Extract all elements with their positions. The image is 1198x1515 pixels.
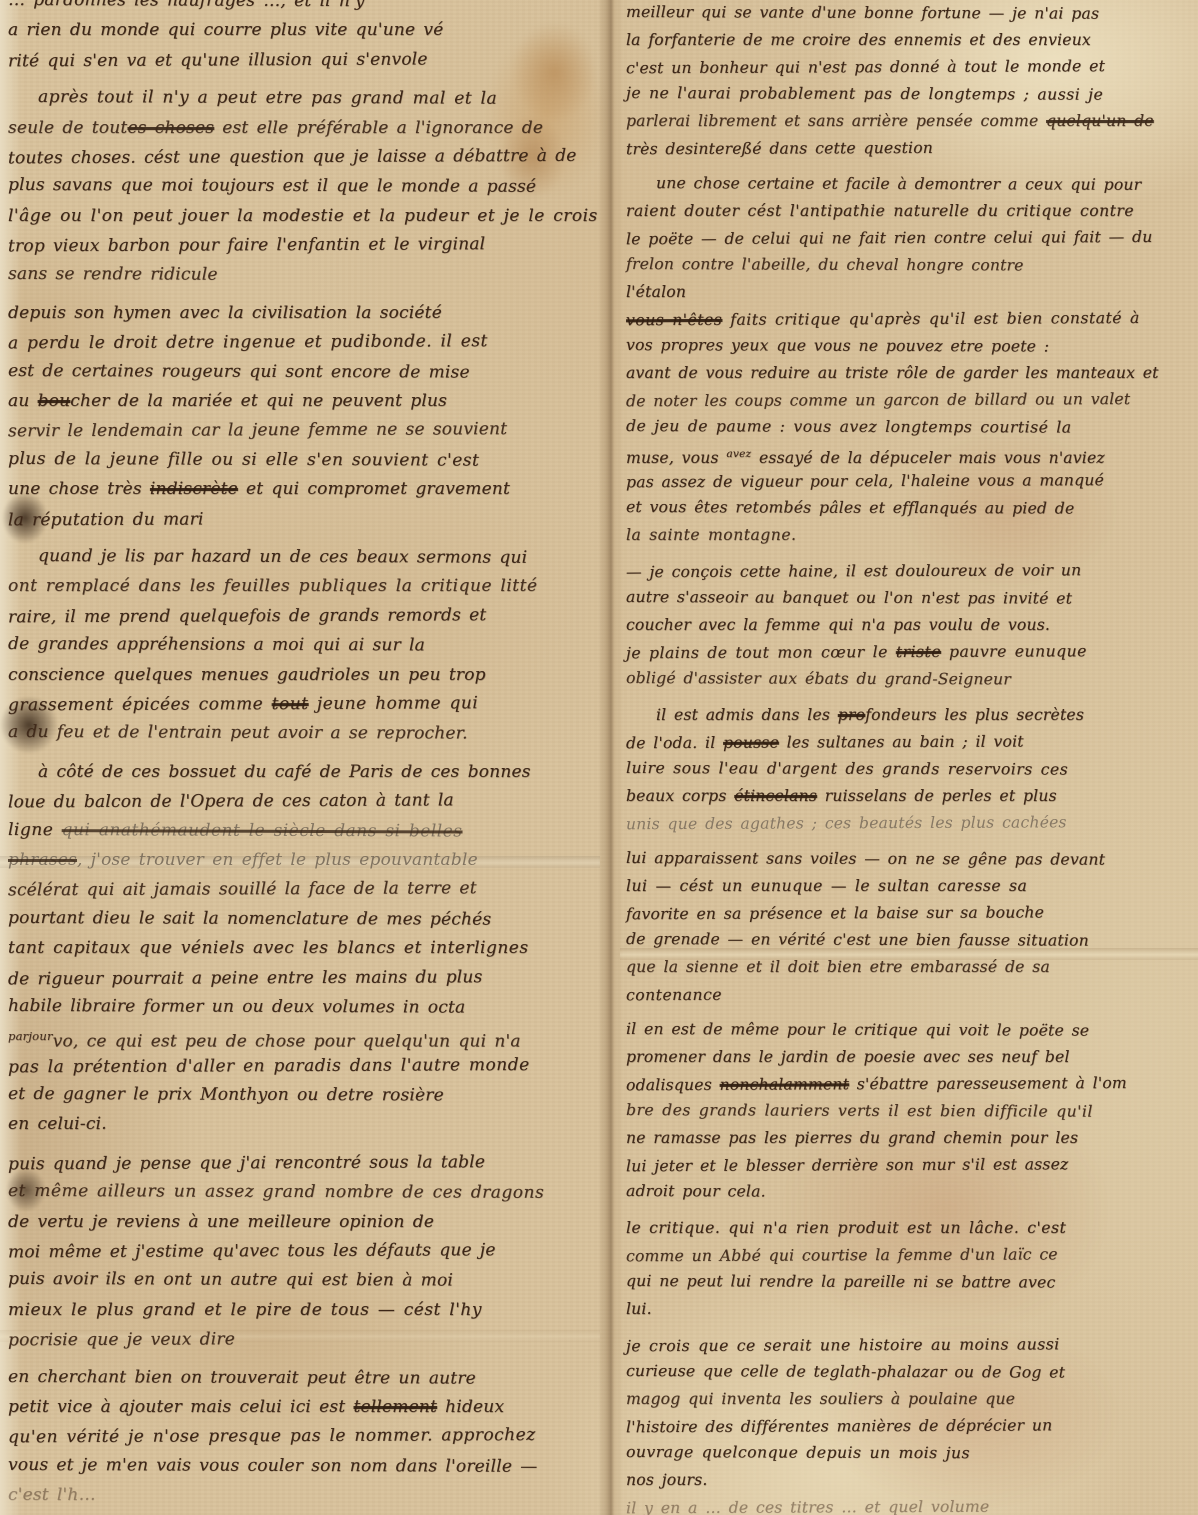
manuscript-line: loue du balcon de l'Opera de ces caton à…	[8, 786, 612, 818]
handwritten-text: tant capitaux que véniels avec les blanc…	[8, 938, 529, 958]
manuscript-line: depuis son hymen avec la civilisation la…	[8, 299, 612, 328]
manuscript-line: trop vieux barbon pour faire l'enfantin …	[8, 230, 612, 262]
manuscript-line: pas assez de vigueur pour cela, l'halein…	[626, 467, 1198, 496]
struck-word: es choses	[127, 118, 214, 138]
manuscript-line: de grenade — en vérité c'est une bien fa…	[626, 926, 1198, 955]
manuscript-line: je crois que ce serait une histoire au m…	[626, 1331, 1198, 1360]
manuscript-line: vous et je m'en vais vous couler son nom…	[8, 1451, 612, 1482]
manuscript-line: frelon contre l'abeille, du cheval hongr…	[626, 251, 1198, 280]
handwritten-text: nos jours.	[626, 1471, 708, 1489]
handwritten-text: ligne	[8, 819, 62, 839]
manuscript-line: de grandes appréhensions a moi qui ai su…	[8, 630, 612, 661]
handwritten-text: frelon contre l'abeille, du cheval hongr…	[626, 255, 1024, 274]
manuscript-line: promener dans le jardin de poesie avec s…	[626, 1044, 1198, 1071]
manuscript-line: beaux corps étincelans ruisselans de per…	[626, 783, 1198, 810]
handwritten-text: une chose très	[8, 479, 150, 499]
handwritten-text: la réputation du mari	[8, 509, 204, 530]
handwritten-text: l'âge ou l'on peut jouer la modestie et …	[8, 206, 598, 226]
manuscript-line: lui jeter et le blesser derrière son mur…	[626, 1151, 1198, 1180]
manuscript-line: grassement épicées comme tout jeune homm…	[8, 689, 612, 721]
handwritten-text: faits critique qu'après qu'il est bien c…	[722, 309, 1140, 329]
handwritten-text: lui — cést un eunuque — le sultan caress…	[626, 877, 1027, 895]
handwritten-text: vos propres yeux que vous ne pouvez etre…	[626, 336, 1049, 355]
handwritten-text: il y en a … de ces titres … et quel volu…	[626, 1498, 989, 1515]
manuscript-line: bre des grands lauriers verts il est bie…	[626, 1097, 1198, 1126]
handwritten-text: , j'ose trouver en effet le plus epouvan…	[77, 850, 478, 870]
handwritten-text: puis avoir ils en ont un autre qui est b…	[8, 1269, 453, 1291]
handwritten-text: toutes choses. cést une question que je …	[8, 146, 577, 168]
manuscript-line: l'âge ou l'on peut jouer la modestie et …	[8, 202, 612, 231]
manuscript-line: coucher avec la femme qui n'a pas voulu …	[626, 612, 1198, 639]
handwritten-text: cher de la mariée et qui ne peuvent plus	[70, 391, 447, 411]
manuscript-line: pocrisie que je veux dire	[8, 1324, 612, 1356]
handwritten-text: moi même et j'estime qu'avec tous les dé…	[8, 1240, 496, 1262]
handwritten-text: fondeurs les plus secrètes	[865, 706, 1084, 724]
manuscript-line: vos propres yeux que vous ne pouvez etre…	[626, 332, 1198, 361]
handwritten-text: je crois que ce serait une histoire au m…	[626, 1335, 1060, 1355]
handwritten-text: lui apparaissent sans voiles — on ne se …	[626, 849, 1105, 869]
handwritten-text: grassement épicées comme	[8, 694, 272, 715]
struck-word: vous n'êtes	[626, 311, 722, 329]
handwritten-text: la forfanterie de me croire des ennemis …	[626, 31, 1091, 49]
handwritten-text: ne ramasse pas les pierres du grand chem…	[626, 1129, 1078, 1147]
struck-word: qui anathémaudent le siècle dans si bell…	[62, 820, 463, 841]
manuscript-line: et de gagner le prix Monthyon ou detre r…	[8, 1080, 612, 1111]
manuscript-line: puis avoir ils en ont un autre qui est b…	[8, 1265, 612, 1296]
manuscript-line: puis quand je pense que j'ai rencontré s…	[8, 1148, 612, 1180]
handwritten-text: plus de la jeune fille ou si elle s'en s…	[8, 449, 479, 471]
manuscript-line: ont remplacé dans les feuilles publiques…	[8, 572, 612, 601]
handwritten-text: le poëte — de celui qui ne fait rien con…	[626, 228, 1153, 248]
handwritten-text: servir le lendemain car la jeune femme n…	[8, 420, 507, 442]
manuscript-line: scélérat qui ait jamais souillé la face …	[8, 874, 612, 906]
manuscript-line: au boucher de la mariée et qui ne peuven…	[8, 387, 612, 416]
handwritten-text: l'étalon	[626, 283, 686, 301]
manuscript-line: magog qui inventa les souliers à poulain…	[626, 1386, 1198, 1413]
handwritten-text: lui.	[626, 1300, 652, 1318]
handwritten-text: qu'en vérité je n'ose presque pas le nom…	[8, 1425, 536, 1447]
manuscript-line: lui — cést un eunuque — le sultan caress…	[626, 873, 1198, 900]
manuscript-line: a rien du monde qui courre plus vite qu'…	[8, 16, 612, 45]
manuscript-line: autre s'asseoir au banquet ou l'on n'est…	[626, 584, 1198, 613]
manuscript-line: c'est l'h…	[8, 1481, 612, 1510]
handwritten-text: de grandes appréhensions a moi qui ai su…	[8, 634, 425, 655]
handwritten-text: au	[8, 391, 38, 411]
handwritten-text: à côté de ces bossuet du café de Paris d…	[38, 762, 531, 782]
handwritten-text: contenance	[626, 986, 722, 1004]
manuscript-line: ligne qui anathémaudent le siècle dans s…	[8, 815, 612, 846]
manuscript-line: qu'en vérité je n'ose presque pas le nom…	[8, 1421, 612, 1453]
handwritten-text: seule de tout	[8, 118, 127, 138]
handwritten-text: essayé de la dépuceler mais vous n'aviez	[751, 449, 1105, 467]
handwritten-text: et même ailleurs un assez grand nombre d…	[8, 1181, 544, 1203]
handwritten-text: de l'oda. il	[626, 734, 723, 752]
handwritten-text: … pardonnés les naufragés …, et il n'y	[8, 0, 365, 11]
manuscript-line: la sainte montagne.	[626, 522, 1198, 549]
handwritten-text: depuis son hymen avec la civilisation la…	[8, 303, 442, 323]
manuscript-line: plus de la jeune fille ou si elle s'en s…	[8, 445, 612, 476]
handwritten-text: et qui compromet gravement	[238, 479, 510, 499]
manuscript-line: après tout il n'y a peut etre pas grand …	[8, 83, 612, 114]
manuscript-line: je ne l'aurai probablement pas de longte…	[626, 80, 1198, 109]
manuscript-line: la réputation du mari	[8, 503, 612, 535]
struck-word: triste	[896, 643, 941, 661]
manuscript-line: je plains de tout mon cœur le triste pau…	[626, 638, 1198, 667]
manuscript-line: servir le lendemain car la jeune femme n…	[8, 415, 612, 447]
manuscript-line: odalisques nonchalamment s'ébattre pares…	[626, 1070, 1198, 1099]
struck-word: indiscrète	[150, 479, 238, 499]
struck-word: bou	[38, 391, 71, 411]
handwritten-text: raire, il me prend quelquefois de grands…	[8, 605, 486, 627]
manuscript-line: le critique. qui n'a rien produit est un…	[626, 1215, 1198, 1242]
handwritten-text: plus savans que moi toujours est il que …	[8, 175, 536, 197]
handwritten-text: qui ne peut lui rendre la pareille ni se…	[626, 1272, 1056, 1291]
manuscript-line: de l'oda. il pousse les sultanes au bain…	[626, 728, 1198, 757]
handwritten-text: quand je lis par hazard un de ces beaux …	[38, 546, 527, 568]
handwritten-text: mieux le plus grand et le pire de tous —…	[8, 1300, 482, 1320]
manuscript-line: la forfanterie de me croire des ennemis …	[626, 27, 1198, 54]
manuscript-line: a du feu et de l'entrain peut avoir a se…	[8, 718, 612, 749]
handwritten-text: adroit pour cela.	[626, 1182, 766, 1200]
manuscript-line: raient douter cést l'antipathie naturell…	[626, 198, 1198, 225]
struck-word: pousse	[723, 734, 779, 752]
handwritten-text: pocrisie que je veux dire	[8, 1330, 235, 1351]
handwritten-text: de rigueur pourrait a peine entre les ma…	[8, 967, 483, 989]
manuscript-line: obligé d'assister aux ébats du grand-Sei…	[626, 665, 1198, 694]
manuscript-line: muse, vous avez essayé de la dépuceler m…	[626, 441, 1198, 468]
struck-word: quelqu'un de	[1046, 112, 1154, 130]
handwritten-text: parjour	[8, 1029, 53, 1043]
handwritten-text: en cherchant bien on trouverait peut êtr…	[8, 1367, 476, 1389]
handwritten-text: s'ébattre paresseusement à l'om	[849, 1074, 1127, 1093]
manuscript-scan: … pardonnés les naufragés …, et il n'ya …	[0, 0, 1198, 1515]
struck-word: tellement	[353, 1397, 437, 1417]
handwritten-text: vo, ce qui est peu de chose pour quelqu'…	[53, 1032, 521, 1052]
manuscript-line: phrases, j'ose trouver en effet le plus …	[8, 846, 612, 875]
handwritten-text: lui jeter et le blesser derrière son mur…	[626, 1155, 1069, 1175]
handwritten-text: promener dans le jardin de poesie avec s…	[626, 1048, 1070, 1066]
manuscript-line: moi même et j'estime qu'avec tous les dé…	[8, 1236, 612, 1268]
handwritten-text: coucher avec la femme qui n'a pas voulu …	[626, 616, 1050, 634]
manuscript-line: il est admis dans les profondeurs les pl…	[626, 702, 1198, 729]
handwritten-text: puis quand je pense que j'ai rencontré s…	[8, 1152, 485, 1174]
manuscript-line: il y en a … de ces titres … et quel volu…	[626, 1493, 1198, 1515]
handwritten-text: raient douter cést l'antipathie naturell…	[626, 202, 1134, 220]
manuscript-line: adroit pour cela.	[626, 1178, 1198, 1207]
manuscript-line: de vertu je reviens à une meilleure opin…	[8, 1208, 612, 1237]
handwritten-text: habile libraire former un ou deux volume…	[8, 996, 465, 1018]
manuscript-page-left: … pardonnés les naufragés …, et il n'ya …	[0, 0, 612, 1515]
manuscript-line: raire, il me prend quelquefois de grands…	[8, 600, 612, 632]
handwritten-text: et vous êtes retombés pâles et efflanqué…	[626, 498, 1074, 518]
manuscript-line: il en est de même pour le critique qui v…	[626, 1016, 1198, 1045]
manuscript-line: parlerai librement et sans arrière pensé…	[626, 108, 1198, 135]
manuscript-page-right: meilleur qui se vante d'une bonne fortun…	[620, 0, 1198, 1515]
manuscript-line: très desintereßé dans cette question	[626, 134, 1198, 163]
manuscript-line: en cherchant bien on trouverait peut êtr…	[8, 1363, 612, 1394]
manuscript-line: avant de vous reduire au triste rôle de …	[626, 360, 1198, 387]
manuscript-line: pas la prétention d'aller en paradis dan…	[8, 1050, 612, 1082]
handwritten-text: en celui-ci.	[8, 1114, 107, 1134]
manuscript-line: ne ramasse pas les pierres du grand chem…	[626, 1125, 1198, 1152]
handwritten-text: il est admis dans les	[656, 706, 838, 724]
handwritten-text: parlerai librement et sans arrière pensé…	[626, 112, 1046, 130]
handwritten-text: ouvrage quelconque depuis un mois jus	[626, 1443, 970, 1462]
handwritten-text: obligé d'assister aux ébats du grand-Sei…	[626, 669, 1011, 688]
handwritten-text: odalisques	[626, 1076, 720, 1094]
manuscript-line: — je conçois cette haine, il est doulour…	[626, 557, 1198, 586]
handwritten-text: ont remplacé dans les feuilles publiques…	[8, 576, 538, 596]
manuscript-line: toutes choses. cést une question que je …	[8, 142, 612, 174]
handwritten-text: pourtant dieu le sait la nomenclature de…	[8, 908, 491, 930]
handwritten-text: magog qui inventa les souliers à poulain…	[626, 1390, 1015, 1408]
struck-word: nonchalamment	[720, 1075, 850, 1094]
manuscript-line: plus savans que moi toujours est il que …	[8, 171, 612, 202]
handwritten-text: une chose certaine et facile à demontrer…	[656, 174, 1141, 194]
handwritten-text: conscience quelques menues gaudrioles un…	[8, 665, 486, 685]
manuscript-line: favorite en sa présence et la baise sur …	[626, 899, 1198, 928]
handwritten-text: de vertu je reviens à une meilleure opin…	[8, 1212, 434, 1232]
handwritten-text: sans se rendre ridicule	[8, 263, 218, 284]
manuscript-line: luire sous l'eau d'argent des grands res…	[626, 755, 1198, 784]
handwritten-text: la sainte montagne.	[626, 526, 797, 544]
manuscript-line: contenance	[626, 980, 1198, 1009]
handwritten-text: de grenade — en vérité c'est une bien fa…	[626, 930, 1089, 950]
handwritten-text: après tout il n'y a peut etre pas grand …	[38, 87, 497, 109]
manuscript-line: lui apparaissent sans voiles — on ne se …	[626, 845, 1198, 874]
handwritten-text: je ne l'aurai probablement pas de longte…	[626, 84, 1103, 104]
manuscript-line: de rigueur pourrait a peine entre les ma…	[8, 962, 612, 994]
manuscript-line: l'histoire des différentes manières de d…	[626, 1412, 1198, 1441]
handwritten-text: loue du balcon de l'Opera de ces caton à…	[8, 791, 454, 813]
struck-word: tout	[272, 694, 309, 714]
handwritten-text: c'est l'h…	[8, 1485, 96, 1505]
manuscript-line: curieuse que celle de teglath-phalazar o…	[626, 1358, 1198, 1387]
manuscript-line: une chose certaine et facile à demontrer…	[626, 170, 1198, 199]
manuscript-line: … pardonnés les naufragés …, et il n'y	[8, 0, 612, 17]
handwritten-text: muse, vous	[626, 449, 726, 467]
handwritten-text: pas la prétention d'aller en paradis dan…	[8, 1055, 530, 1077]
handwritten-text: luire sous l'eau d'argent des grands res…	[626, 759, 1068, 779]
handwritten-text: rité qui s'en va et qu'une illusion qui …	[8, 49, 428, 71]
manuscript-line: qui ne peut lui rendre la pareille ni se…	[626, 1268, 1198, 1297]
manuscript-line: lui.	[626, 1296, 1198, 1323]
manuscript-line: ouvrage quelconque depuis un mois jus	[626, 1439, 1198, 1468]
handwritten-text: a rien du monde qui courre plus vite qu'…	[8, 20, 443, 40]
handwritten-text: l'histoire des différentes manières de d…	[626, 1416, 1052, 1436]
handwritten-text: a perdu le droit detre ingenue et pudibo…	[8, 332, 488, 354]
handwritten-text: scélérat qui ait jamais souillé la face …	[8, 879, 477, 901]
manuscript-line: et vous êtes retombés pâles et efflanqué…	[626, 494, 1198, 523]
manuscript-line: et même ailleurs un assez grand nombre d…	[8, 1177, 612, 1208]
manuscript-line: parjourvo, ce qui est peu de chose pour …	[8, 1022, 612, 1051]
manuscript-line: petit vice à ajouter mais celui ici est …	[8, 1393, 612, 1422]
handwritten-text: — je conçois cette haine, il est doulour…	[626, 561, 1081, 581]
handwritten-text: pas assez de vigueur pour cela, l'halein…	[626, 471, 1104, 491]
handwritten-text: beaux corps	[626, 787, 734, 805]
manuscript-line: vous n'êtes faits critique qu'après qu'i…	[626, 305, 1198, 334]
manuscript-line: habile libraire former un ou deux volume…	[8, 992, 612, 1023]
handwritten-text: les sultanes au bain ; il voit	[779, 733, 1024, 752]
manuscript-line: rité qui s'en va et qu'une illusion qui …	[8, 44, 612, 76]
handwritten-text: est elle préférable a l'ignorance de	[214, 118, 543, 138]
handwritten-text: vous et je m'en vais vous couler son nom…	[8, 1455, 538, 1477]
handwritten-text: et de gagner le prix Monthyon ou detre r…	[8, 1084, 444, 1106]
handwritten-text: hideux	[437, 1397, 504, 1417]
handwritten-text: avez	[726, 448, 751, 460]
manuscript-line: de jeu de paume : vous avez longtemps co…	[626, 413, 1198, 442]
manuscript-line: mieux le plus grand et le pire de tous —…	[8, 1296, 612, 1325]
handwritten-text: favorite en sa présence et la baise sur …	[626, 903, 1044, 923]
handwritten-text: autre s'asseoir au banquet ou l'on n'est…	[626, 588, 1072, 608]
manuscript-line: seule de toutes choses est elle préférab…	[8, 114, 612, 143]
manuscript-line: comme un Abbé qui courtise la femme d'un…	[626, 1241, 1198, 1270]
handwritten-text: a du feu et de l'entrain peut avoir a se…	[8, 722, 468, 744]
handwritten-text: curieuse que celle de teglath-phalazar o…	[626, 1362, 1065, 1382]
handwritten-text: jeune homme qui	[308, 693, 478, 714]
manuscript-line: meilleur qui se vante d'une bonne fortun…	[626, 0, 1198, 28]
manuscript-line: l'étalon	[626, 279, 1198, 306]
handwritten-text: petit vice à ajouter mais celui ici est	[8, 1397, 353, 1417]
handwritten-text: avant de vous reduire au triste rôle de …	[626, 364, 1159, 382]
manuscript-line: unis que des agathes ; ces beautés les p…	[626, 809, 1198, 838]
handwritten-text: unis que des agathes ; ces beautés les p…	[626, 813, 1067, 833]
manuscript-line: nos jours.	[626, 1467, 1198, 1494]
handwritten-text: pauvre eunuque	[941, 642, 1087, 661]
manuscript-line: conscience quelques menues gaudrioles un…	[8, 661, 612, 690]
handwritten-text: je plains de tout mon cœur le	[626, 643, 896, 662]
handwritten-text: comme un Abbé qui courtise la femme d'un…	[626, 1245, 1058, 1265]
manuscript-line: est de certaines rougeurs qui sont encor…	[8, 357, 612, 388]
handwritten-text: il en est de même pour le critique qui v…	[626, 1020, 1089, 1040]
handwritten-text: très desintereßé dans cette question	[626, 139, 933, 158]
manuscript-line: pourtant dieu le sait la nomenclature de…	[8, 904, 612, 935]
handwritten-text: trop vieux barbon pour faire l'enfantin …	[8, 234, 485, 256]
handwritten-text: de jeu de paume : vous avez longtemps co…	[626, 417, 1072, 437]
manuscript-line: sans se rendre ridicule	[8, 259, 612, 290]
manuscript-line: c'est un bonheur qui n'est pas donné à t…	[626, 53, 1198, 82]
manuscript-line: une chose très indiscrète et qui comprom…	[8, 475, 612, 504]
handwritten-text: c'est un bonheur qui n'est pas donné à t…	[626, 57, 1105, 77]
manuscript-line: a perdu le droit detre ingenue et pudibo…	[8, 327, 612, 359]
struck-word: étincelans	[734, 787, 817, 805]
manuscript-line: en celui-ci.	[8, 1110, 612, 1139]
handwritten-text: de noter les coups comme un garcon de bi…	[626, 390, 1130, 410]
handwritten-text: est de certaines rougeurs qui sont encor…	[8, 361, 470, 383]
manuscript-line: à côté de ces bossuet du café de Paris d…	[8, 758, 612, 787]
struck-word: phrases	[8, 850, 77, 870]
manuscript-line: de noter les coups comme un garcon de bi…	[626, 386, 1198, 415]
manuscript-line: que la sienne et il doit bien etre embar…	[626, 954, 1198, 981]
handwritten-text: le critique. qui n'a rien produit est un…	[626, 1219, 1066, 1237]
struck-word: pro	[838, 706, 865, 724]
manuscript-line: tant capitaux que véniels avec les blanc…	[8, 934, 612, 963]
handwritten-text: que la sienne et il doit bien etre embar…	[626, 958, 1050, 976]
handwritten-text: bre des grands lauriers verts il est bie…	[626, 1101, 1093, 1121]
manuscript-line: le poëte — de celui qui ne fait rien con…	[626, 224, 1198, 253]
handwritten-text: meilleur qui se vante d'une bonne fortun…	[626, 3, 1099, 23]
manuscript-line: quand je lis par hazard un de ces beaux …	[8, 542, 612, 573]
handwritten-text: ruisselans de perles et plus	[817, 787, 1057, 805]
